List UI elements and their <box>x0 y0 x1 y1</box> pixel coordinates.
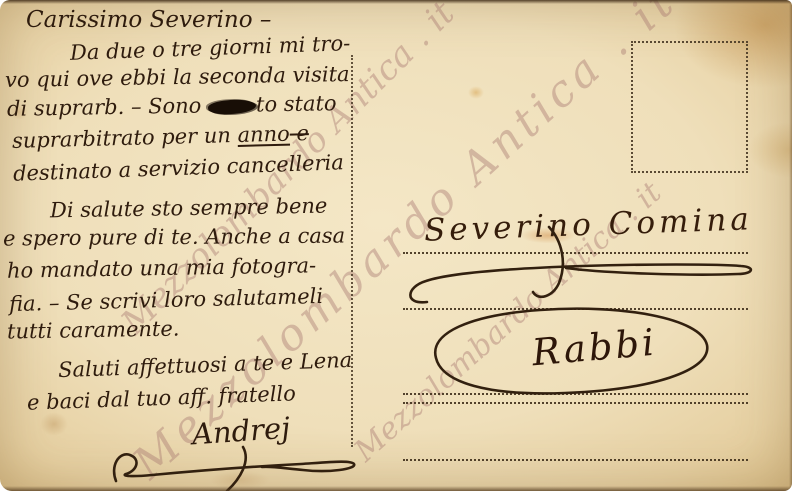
message-line: ho mandato una mia fotogra- <box>7 254 317 282</box>
paper-stain <box>40 412 68 436</box>
message-line: e baci dal tuo aff. fratello <box>27 382 297 414</box>
message-line: Saluti affettuosi a te e Lena <box>58 349 353 382</box>
stamp-box <box>631 41 748 173</box>
center-divider-dotted-line <box>351 55 353 447</box>
address-rule-5 <box>403 459 748 461</box>
name-flourish <box>410 265 750 303</box>
addressee-name: Severino Comina <box>424 202 754 248</box>
message-line-text: di suprarb. – Sono <box>7 93 202 120</box>
salutation: Carissimo Severino – <box>26 8 271 33</box>
signature-descender <box>227 447 246 491</box>
struck-word: e <box>289 121 309 145</box>
underlined-word: anno <box>237 122 290 147</box>
address-rule-3 <box>403 393 748 395</box>
message-line: fia. – Se scrivi loro salutameli <box>9 285 324 316</box>
paper-stain <box>468 86 484 99</box>
address-rule-4 <box>403 402 748 404</box>
address-rule-1 <box>403 252 748 254</box>
message-line: suprarbitrato per un anno e <box>12 122 309 153</box>
message-line: vo qui ove ebbi la seconda visita <box>5 63 350 92</box>
message-line: Di salute sto sempre bene <box>50 195 328 223</box>
message-line-text: suprarbitrato per un <box>12 123 238 153</box>
message-line: Da due o tre giorni mi tro- <box>70 32 351 65</box>
addressee-place: Rabbi <box>530 323 658 374</box>
message-line: e spero pure di te. Anche a casa <box>3 225 345 251</box>
message-line: tutti caramente. <box>7 317 180 343</box>
signature-text: Andrej <box>191 413 291 452</box>
signature-flourish <box>114 454 354 481</box>
message-line: destinato a servizio cancelleria <box>13 151 344 186</box>
message-line: di suprarb. – Sono to stato <box>7 92 337 121</box>
card-bottom-edge <box>0 486 792 491</box>
card-top-edge <box>0 0 792 4</box>
postcard-back: Mezzolombardo Antica . it Mezzolombardo … <box>0 0 792 491</box>
ink-blot <box>208 98 257 115</box>
message-line-text: to stato <box>256 91 337 116</box>
address-rule-2 <box>403 308 748 310</box>
